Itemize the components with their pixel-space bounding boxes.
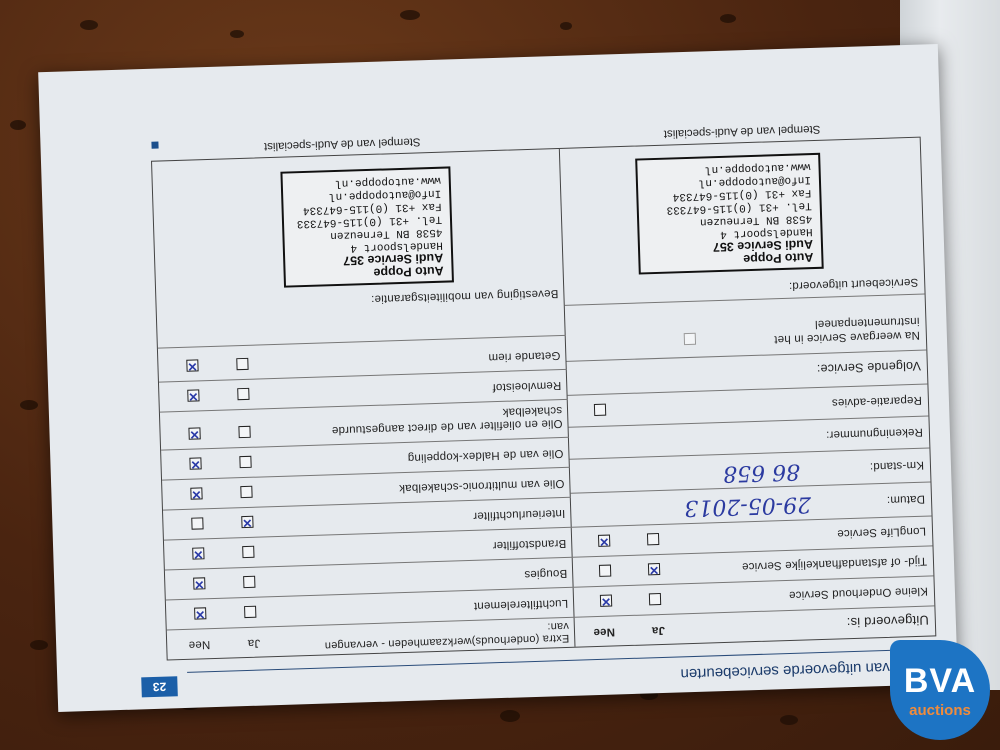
page-content-upside-down: Bewijs van uitgevoerde servicebeurten 23… [38, 44, 958, 712]
checkbox-ja[interactable] [243, 576, 255, 588]
checkbox-nee[interactable] [598, 535, 610, 547]
bva-logo-text: BVA [890, 662, 990, 701]
service-label: Kleine Onderhoud Service [789, 585, 928, 601]
invoice-label: Rekeningnummer: [826, 426, 923, 441]
col-yes: Ja [247, 637, 260, 649]
service-label: LongLife Service [837, 525, 926, 540]
extra-item-label: Remvloeistof [321, 378, 561, 399]
extra-item-label: Getande riem [320, 348, 560, 369]
bva-logo-subtext: auctions [890, 702, 990, 719]
extra-item-label: Olie en oliefilter van de direct aangest… [322, 403, 563, 437]
checkbox-ja[interactable] [240, 486, 252, 498]
km-value: 86 658 [723, 459, 801, 486]
col-no: Nee [188, 638, 210, 651]
extra-item-label: Olie van de Haldex-koppeling [323, 446, 563, 467]
checkbox-repair[interactable] [594, 404, 606, 416]
checkbox-ja[interactable] [648, 563, 660, 575]
extra-item-label: Interieurluchtfilter [325, 506, 565, 527]
checkbox-nee[interactable] [193, 577, 205, 589]
checkbox-ja[interactable] [244, 606, 256, 618]
checkbox-nee[interactable] [187, 389, 199, 401]
checkbox-ja[interactable] [241, 516, 253, 528]
checkbox-nee[interactable] [189, 457, 201, 469]
page-number: 23 [141, 676, 178, 697]
checkbox-ja[interactable] [649, 593, 661, 605]
col-yes: Ja [652, 624, 666, 636]
checkbox-nee[interactable] [192, 547, 204, 559]
checkbox-nee[interactable] [194, 607, 206, 619]
date-value: 29-05-2013 [684, 491, 812, 520]
checkbox-nee[interactable] [599, 565, 611, 577]
checkbox-nee[interactable] [600, 595, 612, 607]
bva-auctions-logo: BVA auctions [890, 640, 990, 740]
checkbox-ja[interactable] [242, 546, 254, 558]
extra-item-label: Luchtfilterelement [328, 596, 568, 617]
dealer-stamp-left: Auto Poppe Audi Service 357 Handelspoort… [635, 153, 824, 275]
repair-advice-label: Reparatie-advies [832, 394, 922, 409]
blue-marker [151, 142, 158, 149]
checkbox-nee[interactable] [191, 517, 203, 529]
extra-item-label: Bougies [327, 566, 567, 587]
mobility-label: Bevestiging van mobiliteitsgarantie: [371, 287, 559, 305]
performed-by-label: Servicebeurt uitgevoerd: [789, 276, 919, 292]
dealer-stamp-right: Auto Poppe Audi Service 357 Handelspoort… [280, 166, 454, 287]
km-label: Km-stand: [870, 459, 925, 473]
extra-item-label: Brandstoffilter [326, 536, 566, 557]
extra-item-label: Olie van multitronic-schakelbak [324, 476, 564, 497]
checkbox-ja[interactable] [238, 426, 250, 438]
display-row: Na weergave Service in het instrumentenp… [565, 294, 927, 361]
checkbox-nee[interactable] [190, 487, 202, 499]
service-label: Tijd- of afstandafhankelijke Service [742, 555, 927, 573]
date-label: Datum: [887, 493, 926, 506]
checkbox-ja[interactable] [236, 358, 248, 370]
stamp-caption-left: Stempel van de Audi-specialist [664, 123, 821, 140]
checkbox-nee[interactable] [188, 427, 200, 439]
checkbox-ja[interactable] [237, 388, 249, 400]
display-label: Na weergave Service in het instrumentenp… [719, 314, 920, 348]
checkbox-nee[interactable] [186, 359, 198, 371]
service-booklet-page: Bewijs van uitgevoerde servicebeurten 23… [38, 44, 958, 712]
right-title: Extra (onderhouds)werkzaamheden - vervan… [319, 620, 570, 652]
next-service-label: Volgende Service: [816, 359, 921, 376]
left-title: Uitgevoerd is: [846, 613, 929, 631]
checkbox-display[interactable] [684, 333, 696, 345]
service-record-table: Uitgevoerd is: Ja Nee Kleine Onderhoud S… [151, 137, 936, 661]
stamp-caption-right: Stempel van de Audi-specialist [264, 135, 421, 152]
checkbox-ja[interactable] [239, 456, 251, 468]
checkbox-ja[interactable] [647, 533, 659, 545]
col-no: Nee [593, 625, 615, 638]
